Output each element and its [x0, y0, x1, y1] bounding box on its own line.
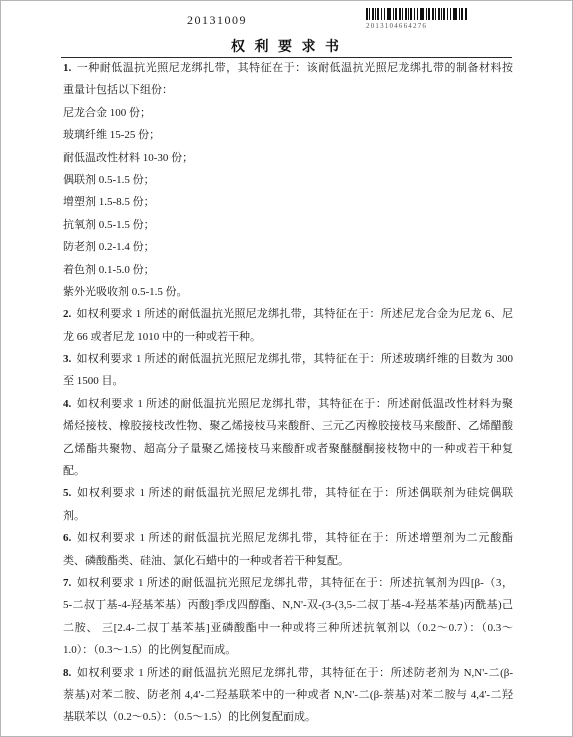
claim-number: 8.: [63, 667, 71, 679]
claim-text: 如权利要求 1 所述的耐低温抗光照尼龙绑扎带，其特征在于：所述玻璃纤维的目数为 …: [76, 353, 513, 365]
claim-line: 尼龙合金 100 份；: [63, 102, 513, 124]
claims-body: 1.一种耐低温抗光照尼龙绑扎带，其特征在于：该耐低温抗光照尼龙绑扎带的制备材料按…: [63, 57, 513, 729]
claim-line: 防老剂 0.2-1.4 份；: [63, 236, 513, 258]
claim-line: 配。: [63, 460, 513, 482]
claim-text: 如权利要求 1 所述的耐低温抗光照尼龙绑扎带，其特征在于：所述增塑剂为二元酸酯: [76, 532, 513, 544]
claim-number: 4.: [63, 398, 71, 410]
claim-number: 6.: [63, 532, 71, 544]
claim-line: 二胺、 三[2.4-二叔丁基苯基]亚磷酸酯中一种或将三种所述抗氧剂以（0.2～0…: [63, 617, 513, 639]
claim-number: 7.: [63, 577, 71, 589]
claim-line: 7.如权利要求 1 所述的耐低温抗光照尼龙绑扎带，其特征在于：所述抗氧剂为四[β…: [63, 572, 513, 594]
claim-line: 剂。: [63, 505, 513, 527]
page-title: 权 利 要 求 书: [1, 36, 572, 56]
claim-line: 乙烯酯共聚物、超高分子量聚乙烯接枝马来酸酐或者聚醚醚酮接枝物中的一种或若干种复: [63, 438, 513, 460]
claim-line: 3.如权利要求 1 所述的耐低温抗光照尼龙绑扎带，其特征在于：所述玻璃纤维的目数…: [63, 348, 513, 370]
claim-line: 着色剂 0.1-5.0 份；: [63, 259, 513, 281]
claim-text: 如权利要求 1 所述的耐低温抗光照尼龙绑扎带，其特征在于：所述抗氧剂为四[β-（…: [76, 577, 513, 589]
claim-line: 1.0）：（0.3～1.5）的比例复配而成。: [63, 639, 513, 661]
barcode-block: 2013104664276: [366, 8, 470, 30]
claim-line: 4.如权利要求 1 所述的耐低温抗光照尼龙绑扎带，其特征在于：所述耐低温改性材料…: [63, 393, 513, 415]
claim-line: 2.如权利要求 1 所述的耐低温抗光照尼龙绑扎带，其特征在于：所述尼龙合金为尼龙…: [63, 303, 513, 325]
claim-text: 如权利要求 1 所述的耐低温抗光照尼龙绑扎带，其特征在于：所述偶联剂为硅烷偶联: [76, 487, 513, 499]
claim-line: 抗氧剂 0.5-1.5 份；: [63, 214, 513, 236]
claim-text: 如权利要求 1 所述的耐低温抗光照尼龙绑扎带，其特征在于：所述尼龙合金为尼龙 6…: [76, 308, 513, 320]
claim-line: 偶联剂 0.5-1.5 份；: [63, 169, 513, 191]
claim-text: 如权利要求 1 所述的耐低温抗光照尼龙绑扎带，其特征在于：所述防老剂为 N,N'…: [76, 667, 513, 679]
claim-line: 玻璃纤维 15-25 份；: [63, 124, 513, 146]
claim-number: 5.: [63, 487, 71, 499]
claim-line: 萘基)对苯二胺、防老剂 4,4'-二羟基联苯中的一种或者 N,N'-二(β-萘基…: [63, 684, 513, 706]
claim-line: 紫外光吸收剂 0.5-1.5 份。: [63, 281, 513, 303]
barcode-icon: [366, 8, 468, 20]
claim-line: 8.如权利要求 1 所述的耐低温抗光照尼龙绑扎带，其特征在于：所述防老剂为 N,…: [63, 662, 513, 684]
claim-line: 龙 66 或者尼龙 1010 中的一种或若干种。: [63, 326, 513, 348]
claim-line: 烯烃接枝、橡胶接枝改性物、聚乙烯接枝马来酸酐、三元乙丙橡胶接枝马来酸酐、乙烯醋酸: [63, 415, 513, 437]
barcode-number: 2013104664276: [366, 22, 470, 30]
claim-text: 一种耐低温抗光照尼龙绑扎带，其特征在于：该耐低温抗光照尼龙绑扎带的制备材料按: [76, 62, 513, 74]
document-date: 20131009: [187, 13, 247, 28]
claim-number: 3.: [63, 353, 71, 365]
page-number: 1: [1, 713, 572, 724]
claim-line: 至 1500 目。: [63, 370, 513, 392]
claim-line: 6.如权利要求 1 所述的耐低温抗光照尼龙绑扎带，其特征在于：所述增塑剂为二元酸…: [63, 527, 513, 549]
claim-text: 如权利要求 1 所述的耐低温抗光照尼龙绑扎带，其特征在于：所述耐低温改性材料为聚: [76, 398, 513, 410]
claim-line: 重量计包括以下组份：: [63, 79, 513, 101]
claim-line: 耐低温改性材料 10-30 份；: [63, 147, 513, 169]
claim-number: 2.: [63, 308, 71, 320]
claim-line: 增塑剂 1.5-8.5 份；: [63, 191, 513, 213]
patent-claims-page: 20131009 2013104664276 权 利 要 求 书 1.一种耐低温…: [0, 0, 573, 737]
claim-number: 1.: [63, 62, 71, 74]
claim-line: 类、磷酸酯类、硅油、氯化石蜡中的一种或者若干种复配。: [63, 550, 513, 572]
claim-line: 5-二叔丁基-4-羟基苯基）丙酸]季戊四醇酯、N,N'-双-(3-(3,5-二叔…: [63, 594, 513, 616]
claim-line: 5.如权利要求 1 所述的耐低温抗光照尼龙绑扎带，其特征在于：所述偶联剂为硅烷偶…: [63, 482, 513, 504]
claim-line: 1.一种耐低温抗光照尼龙绑扎带，其特征在于：该耐低温抗光照尼龙绑扎带的制备材料按: [63, 57, 513, 79]
